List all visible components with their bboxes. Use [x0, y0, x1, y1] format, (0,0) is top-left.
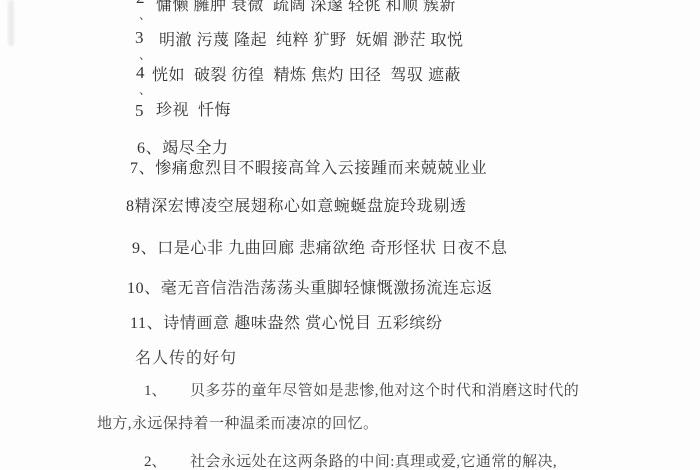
document-page: 2 慵懒 臃肿 衰微 疏阔 深邃 轻佻 和顺 簇新 、 3 明澈 污蔑 隆起 纯… — [0, 0, 700, 470]
idiom-line-7: 7、惨痛愈烈目不暇接高耸入云接踵而来兢兢业业 — [130, 160, 487, 178]
scan-artifact — [8, 0, 14, 46]
word-row-3-comma: 、 — [139, 49, 151, 63]
idiom-line-6: 6、竭尽全力 — [137, 140, 229, 158]
quote-2-line-1: 社会永远处在这两条路的中间:真理或爱,它通常的解决, — [190, 454, 557, 470]
word-row-5-words: 珍视 忏悔 — [156, 102, 231, 120]
word-row-5-number: 5 — [135, 101, 144, 121]
idiom-line-8: 8精深宏博凌空展翅称心如意蜿蜒盘旋玲珑剔透 — [126, 198, 467, 216]
word-row-3-number: 3 — [135, 28, 144, 48]
idiom-line-9: 9、口是心非 九曲回廊 悲痛欲绝 奇形怪状 日夜不息 — [132, 240, 508, 258]
quote-1-line-2: 地方,永远保持着一种温柔而凄凉的回忆。 — [97, 416, 378, 433]
quote-1-number: 1、 — [144, 383, 167, 400]
word-row-2-words: 慵懒 臃肿 衰微 疏阔 深邃 轻佻 和顺 簇新 — [156, 0, 456, 15]
idiom-line-10: 10、毫无音信浩浩荡荡头重脚轻慷慨激扬流连忘返 — [127, 280, 493, 298]
quote-2-number: 2、 — [144, 454, 167, 470]
word-row-2-number: 2 — [136, 0, 145, 8]
word-row-3-words: 明澈 污蔑 隆起 纯粹 犷野 妩媚 渺茫 取悦 — [159, 32, 464, 50]
word-row-4-number: 4 — [136, 63, 145, 83]
idiom-line-11: 11、诗情画意 趣味盎然 赏心悦目 五彩缤纷 — [130, 315, 443, 333]
word-row-4-words: 恍如 破裂 彷徨 精炼 焦灼 田径 驾驭 遮蔽 — [152, 67, 461, 85]
word-row-2-comma: 、 — [139, 9, 151, 23]
quote-1-line-1: 贝多芬的童年尽管如是悲惨,他对这个时代和消磨这时代的 — [190, 383, 579, 400]
section-heading: 名人传的好句 — [135, 350, 237, 368]
word-row-4-comma: 、 — [139, 84, 151, 98]
